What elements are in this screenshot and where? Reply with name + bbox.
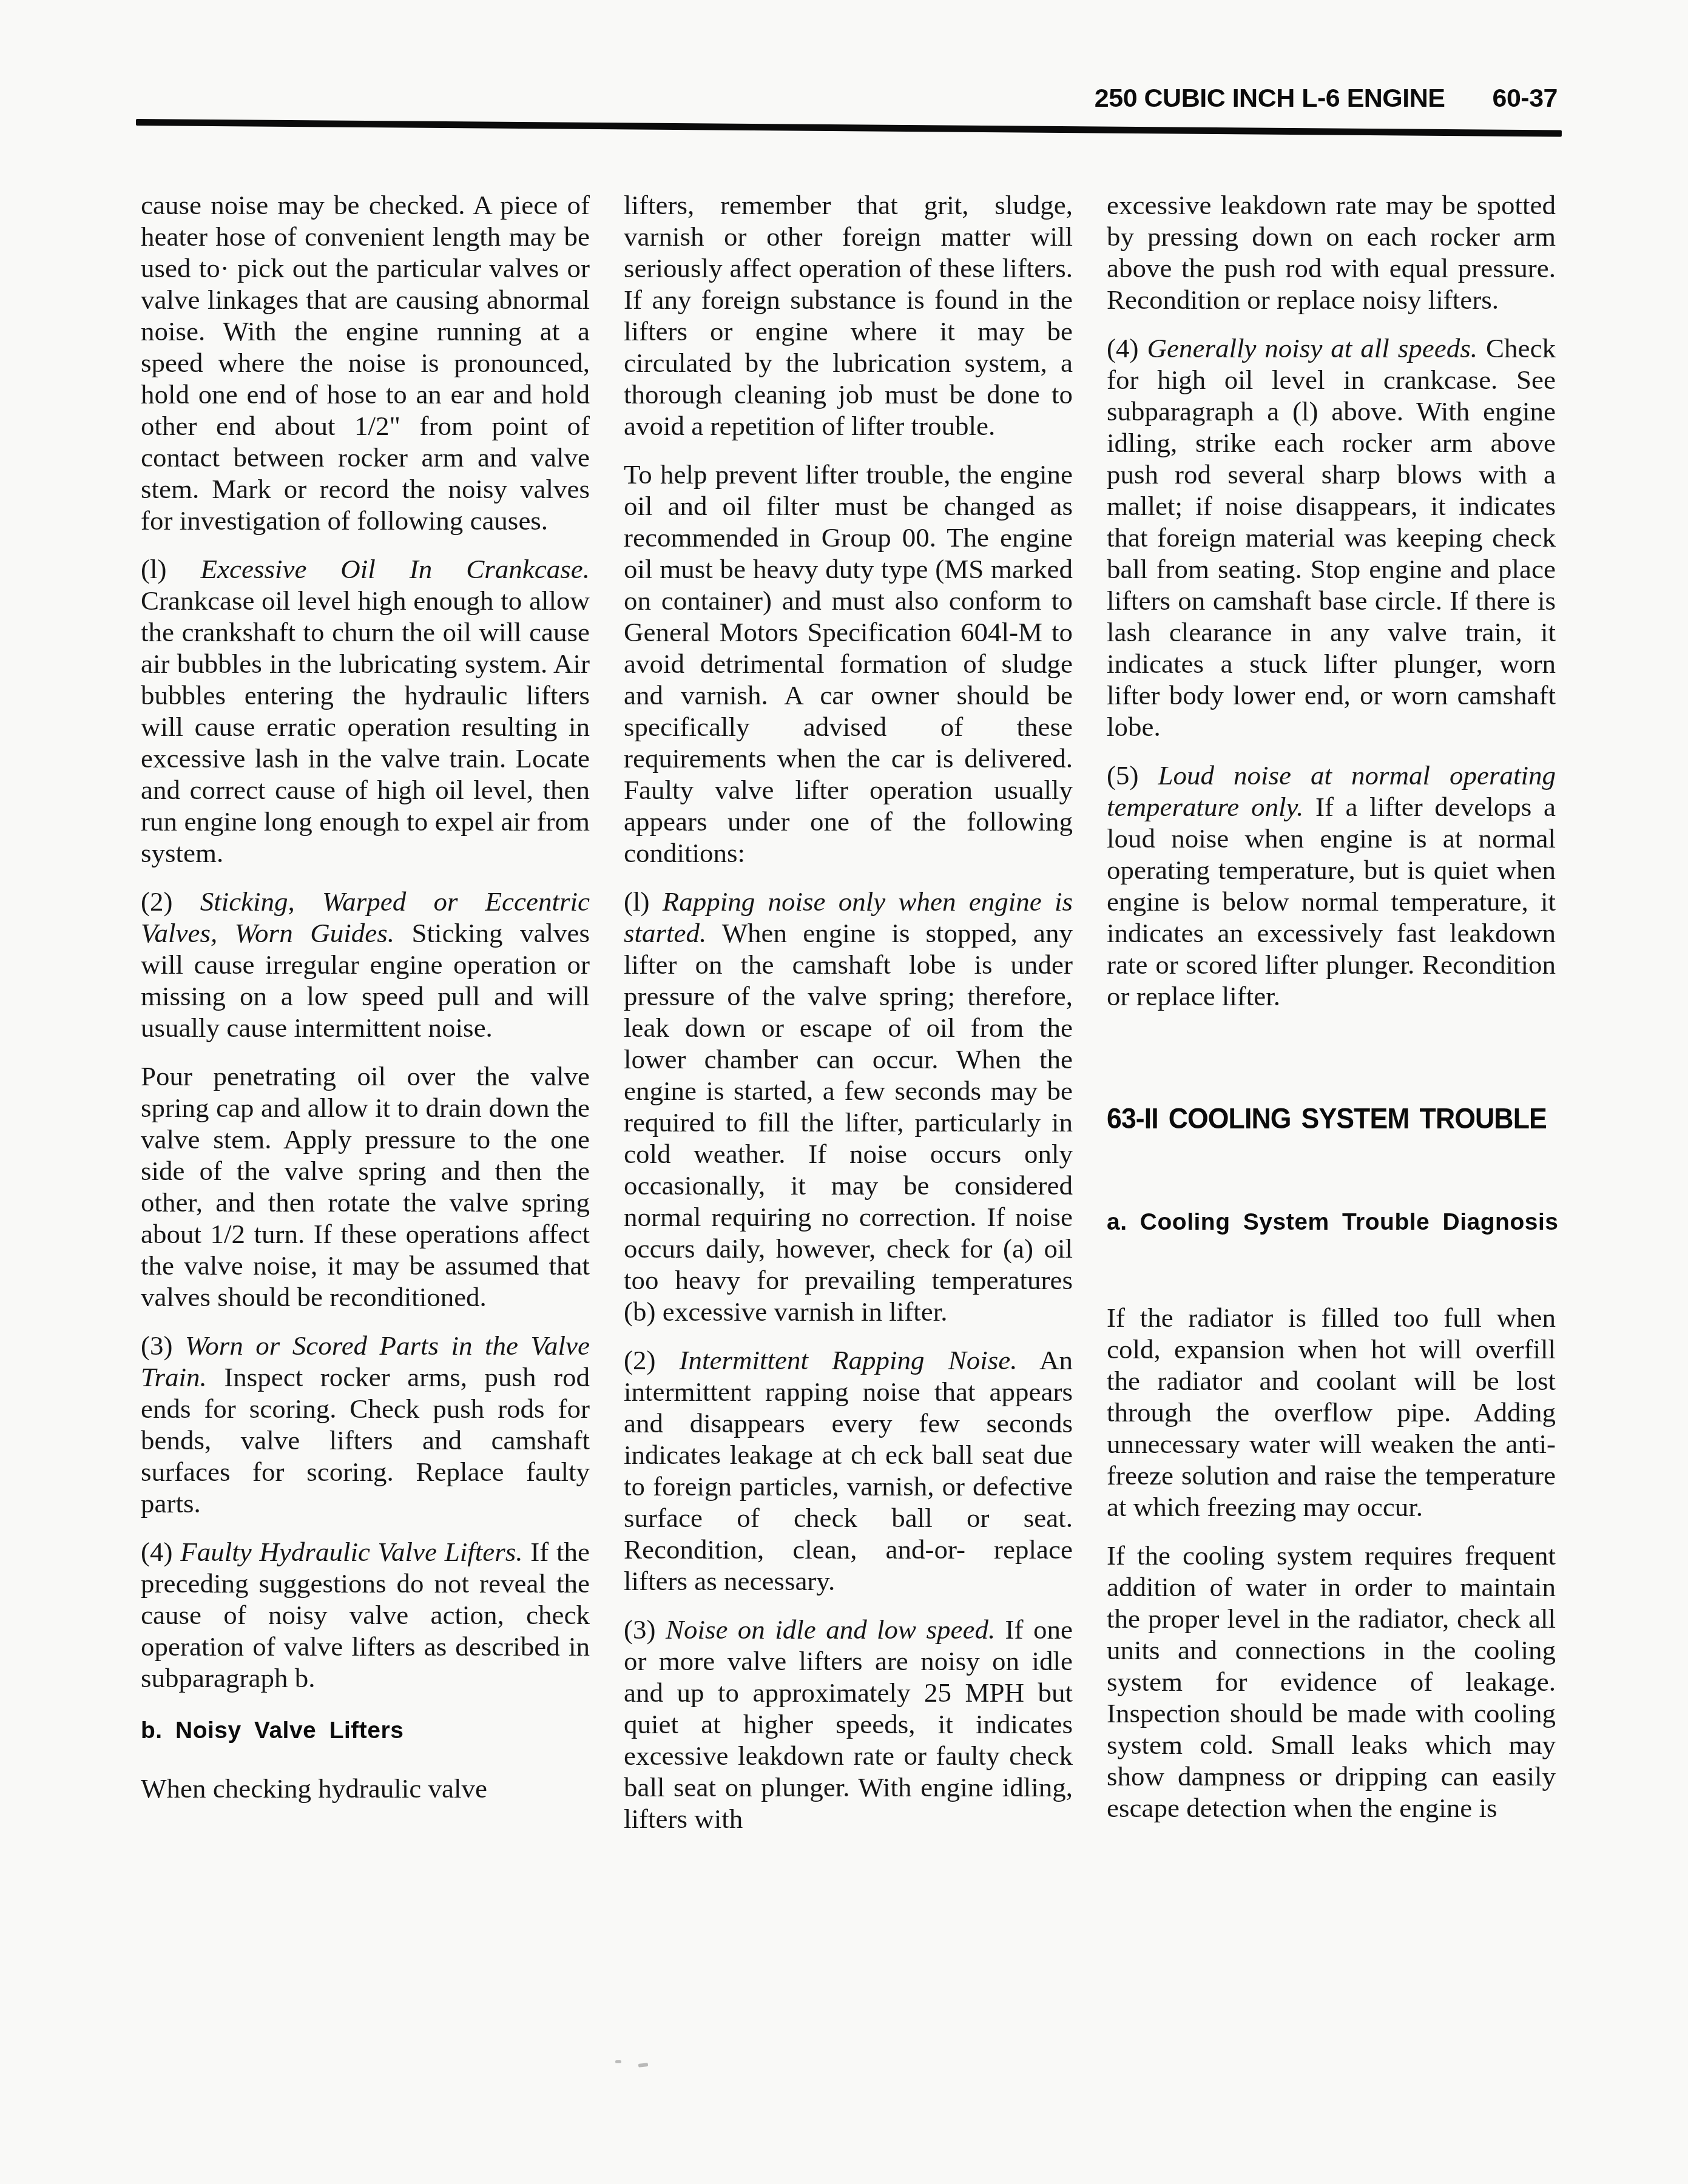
paragraph: lifters, remember that grit, sludge, var… (624, 189, 1073, 442)
page-header: 250 CUBIC INCH L-6 ENGINE 60-37 (132, 84, 1558, 113)
paragraph: excessive leakdown rate may be spotted b… (1107, 189, 1556, 315)
paragraph: (4) Faulty Hydraulic Valve Lifters. If t… (141, 1536, 590, 1694)
header-title: 250 CUBIC INCH L-6 ENGINE (1095, 84, 1445, 113)
columns: cause noise may be checked. A piece of h… (141, 189, 1557, 1852)
scan-speck (638, 2063, 649, 2068)
italic-run: Faulty Hydraulic Valve Lifters. (180, 1537, 522, 1567)
paragraph: (l) Excessive Oil In Crankcase. Crankcas… (141, 553, 590, 869)
text-run: (4) (1107, 333, 1147, 363)
section-heading: 63-II COOLING SYSTEM TROUBLE (1107, 1103, 1524, 1136)
scan-speck (615, 2060, 621, 2063)
text-run: To help prevent lifter trouble, the engi… (624, 459, 1073, 868)
paragraph: (3) Worn or Scored Parts in the Valve Tr… (141, 1330, 590, 1519)
paragraph: If the radiator is filled too full when … (1107, 1302, 1556, 1523)
text-run: cause noise may be checked. A piece of h… (141, 190, 590, 536)
paragraph: cause noise may be checked. A piece of h… (141, 189, 590, 536)
header-page-number: 60-37 (1493, 84, 1558, 113)
paragraph: If the cooling system requires frequent … (1107, 1540, 1556, 1824)
manual-page: 250 CUBIC INCH L-6 ENGINE 60-37 cause no… (0, 0, 1688, 2184)
text-run: (l) (624, 886, 663, 917)
text-run: Crankcase oil level high enough to allow… (141, 585, 590, 868)
paragraph: (l) Rapping noise only when engine is st… (624, 886, 1073, 1327)
text-run: a. Cooling System Trouble Diagnosis (1107, 1209, 1558, 1235)
section-heading: a. Cooling System Trouble Diagnosis (1107, 1208, 1556, 1236)
text-run: (2) (624, 1345, 680, 1375)
text-run: If a lifter develops a loud noise when e… (1107, 792, 1556, 1011)
paragraph: (2) Sticking, Warped or Eccentric Valves… (141, 886, 590, 1043)
paragraph: (5) Loud noise at normal operating tempe… (1107, 760, 1556, 1012)
text-run: Pour penetrating oil over the valve spri… (141, 1061, 590, 1312)
text-run: (3) (141, 1330, 185, 1361)
paragraph: (2) Intermittent Rapping Noise. An inter… (624, 1344, 1073, 1597)
col-3: excessive leakdown rate may be spotted b… (1107, 189, 1556, 1852)
text-run: (5) (1107, 760, 1158, 790)
text-run: b. Noisy Valve Lifters (141, 1717, 403, 1744)
text-run: Check for high oil level in crankcase. S… (1107, 333, 1556, 742)
section-heading: b. Noisy Valve Lifters (141, 1717, 590, 1745)
text-run: (4) (141, 1537, 180, 1567)
text-run: 63-II COOLING SYSTEM TROUBLE (1107, 1103, 1547, 1135)
col-1: cause noise may be checked. A piece of h… (141, 189, 590, 1852)
paragraph: (4) Generally noisy at all speeds. Check… (1107, 332, 1556, 743)
text-run: When engine is stopped, any lifter on th… (624, 918, 1073, 1327)
text-run: lifters, remember that grit, sludge, var… (624, 190, 1073, 441)
paragraph: Pour penetrating oil over the valve spri… (141, 1060, 590, 1313)
header-rule (136, 119, 1562, 136)
text-run: When checking hydraulic valve (141, 1773, 487, 1804)
text-run: (l) (141, 554, 200, 584)
paragraph: (3) Noise on idle and low speed. If one … (624, 1614, 1073, 1835)
paragraph: To help prevent lifter trouble, the engi… (624, 459, 1073, 869)
italic-run: Generally noisy at all speeds. (1147, 333, 1477, 363)
italic-run: Noise on idle and low speed. (666, 1614, 995, 1645)
text-run: (3) (624, 1614, 666, 1645)
text-run: If the radiator is filled too full when … (1107, 1303, 1556, 1522)
text-run: An intermittent rapping noise that appea… (624, 1345, 1073, 1596)
text-run: If the cooling system requires frequent … (1107, 1540, 1556, 1823)
paragraph: When checking hydraulic valve (141, 1773, 590, 1804)
text-run: (2) (141, 886, 200, 917)
text-run: If one or more valve lifters are noisy o… (624, 1614, 1073, 1834)
italic-run: Excessive Oil In Crankcase. (200, 554, 590, 584)
italic-run: Intermittent Rapping Noise. (680, 1345, 1018, 1375)
text-run: Inspect rocker arms, push rod ends for s… (141, 1362, 590, 1518)
col-2: lifters, remember that grit, sludge, var… (624, 189, 1073, 1852)
text-run: excessive leakdown rate may be spotted b… (1107, 190, 1556, 315)
